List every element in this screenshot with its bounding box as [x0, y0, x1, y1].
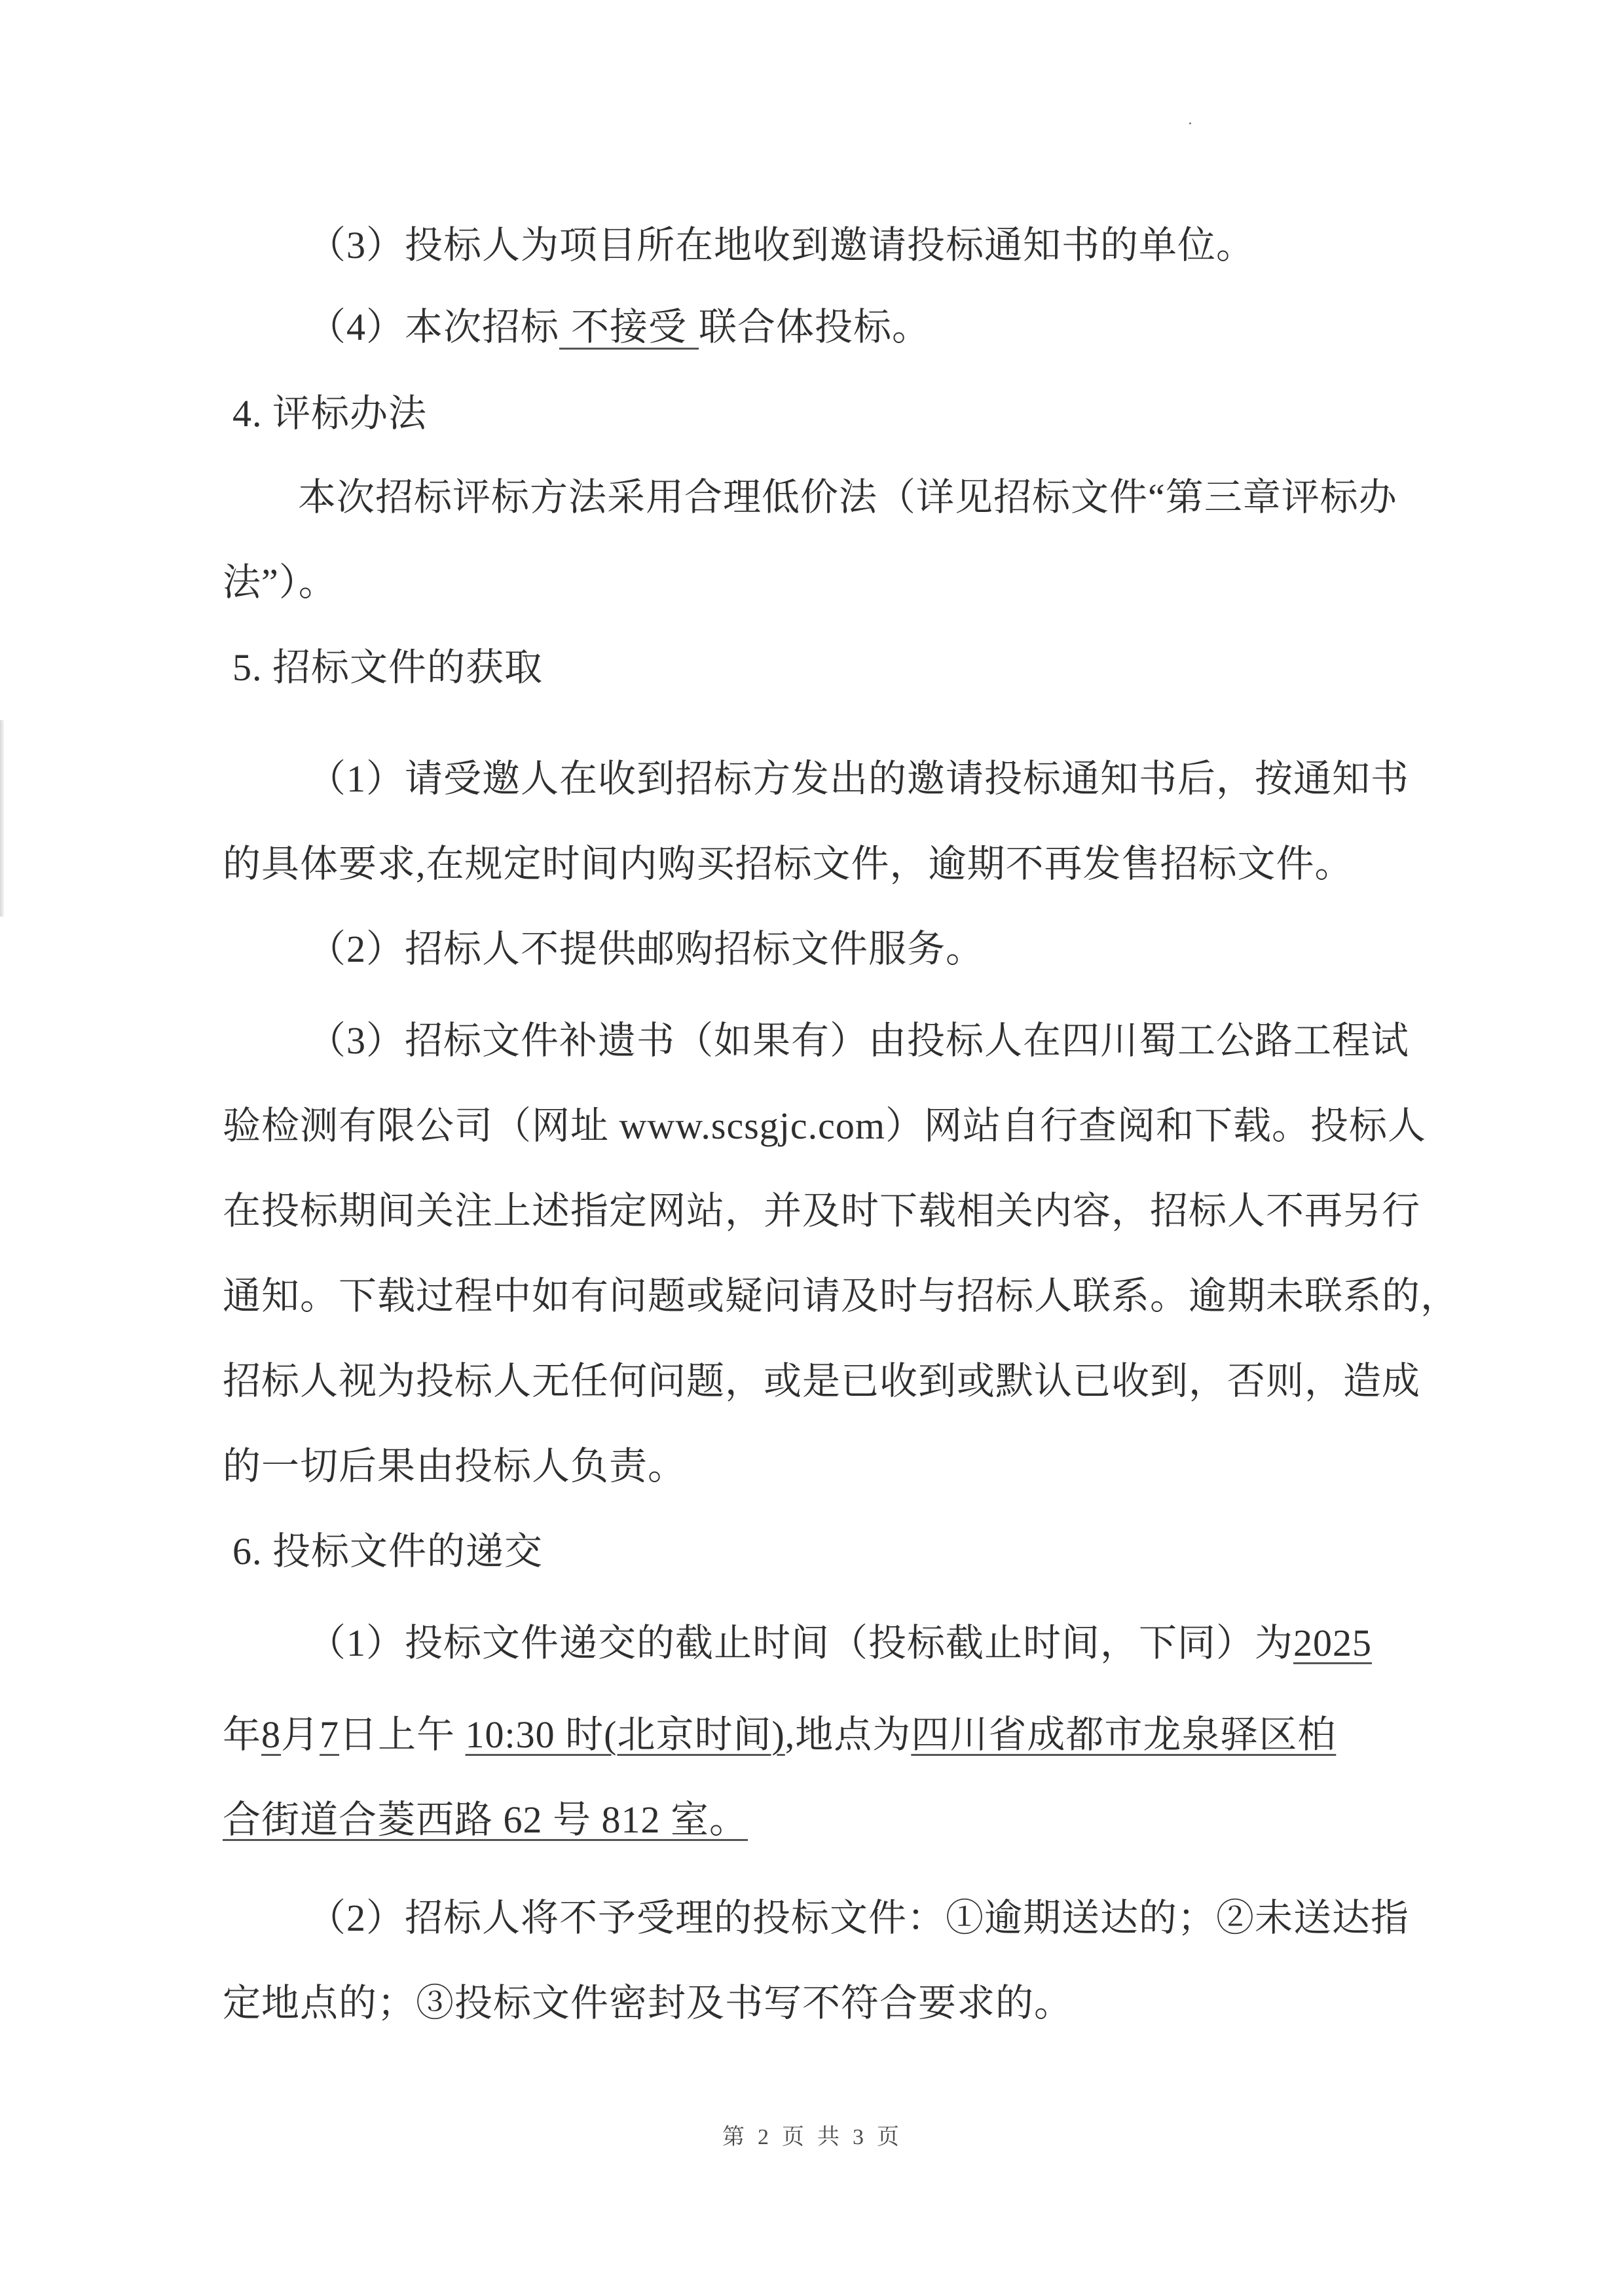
section4-heading-text: 4. 评标办法 — [232, 392, 427, 435]
page-current: 2 — [758, 2125, 771, 2149]
section4-para-line1: 本次招标评标方法采用合理低价法（详见招标文件“第三章评标办 — [298, 475, 1397, 520]
section5-item3-line5: 招标人视为投标人无任何问题，或是已收到或默认已收到，否则，造成 — [223, 1358, 1420, 1404]
page-total: 3 — [853, 2125, 866, 2149]
section5-item1-text-cont: 的具体要求,在规定时间内购买招标文件，逾期不再发售招标文件。 — [223, 843, 1354, 885]
section5-heading: 5. 招标文件的获取 — [232, 645, 543, 691]
deadline-day: 7 — [320, 1713, 339, 1756]
location-label: ,地点为 — [785, 1713, 912, 1756]
deadline-year: 2025 — [1293, 1622, 1372, 1664]
section5-item3-line1: （3）招标文件补遗书（如果有）由投标人在四川蜀工公路工程试 — [308, 1018, 1409, 1064]
page-label: 共 — [817, 2125, 842, 2149]
section5-heading-text: 5. 招标文件的获取 — [232, 646, 543, 689]
submission-location-cont: 合街道合菱西路 62 号 812 室。 — [223, 1798, 748, 1841]
section5-item1-line1: （1）请受邀人在收到招标方发出的邀请投标通知书后，按通知书 — [308, 756, 1409, 802]
section3-item3-text: （3）投标人为项目所在地收到邀请投标通知书的单位。 — [308, 224, 1255, 266]
section5-item1-text: （1）请受邀人在收到招标方发出的邀请投标通知书后，按通知书 — [308, 757, 1409, 800]
section6-item2-line2: 定地点的；③投标文件密封及书写不符合要求的。 — [223, 1980, 1073, 2026]
year-unit: 年 — [223, 1713, 261, 1756]
page-label: 页 — [782, 2125, 807, 2149]
consortium-acceptance-value: 不接受 — [559, 307, 699, 350]
page-footer: 第2页共3页 — [0, 2121, 1624, 2154]
section5-item3-text-cont: 在投标期间关注上述指定网站，并及时下载相关内容，招标人不再另行 — [223, 1190, 1420, 1232]
deadline-time: 10:30 时(北京时间) — [466, 1713, 785, 1756]
deadline-month: 8 — [261, 1713, 281, 1756]
section5-item2-text: （2）招标人不提供邮购招标文件服务。 — [308, 928, 984, 970]
section6-item2-line1: （2）招标人将不予受理的投标文件：①逾期送达的；②未送达指 — [308, 1895, 1409, 1941]
section3-item3: （3）投标人为项目所在地收到邀请投标通知书的单位。 — [308, 223, 1255, 268]
section6-item2-text-cont: 定地点的；③投标文件密封及书写不符合要求的。 — [223, 1982, 1073, 2024]
page-label: 页 — [877, 2125, 902, 2149]
evaluation-method-text-cont: 法”）。 — [223, 561, 337, 604]
section5-item3-line2: 验检测有限公司（网址 www.scsgjc.com）网站自行查阅和下载。投标人 — [223, 1103, 1426, 1149]
section5-item3-line6: 的一切后果由投标人负责。 — [223, 1444, 686, 1489]
section3-item4-prefix: （4）本次招标 — [308, 306, 559, 348]
section6-item1-line1: （1）投标文件递交的截止时间（投标截止时间，下同）为2025 — [308, 1620, 1372, 1666]
section5-item2: （2）招标人不提供邮购招标文件服务。 — [308, 926, 984, 972]
evaluation-method-text: 本次招标评标方法采用合理低价法（详见招标文件“第三章评标办 — [298, 476, 1397, 519]
section3-item4: （4）本次招标不接受联合体投标。 — [308, 304, 931, 350]
section5-item1-line2: 的具体要求,在规定时间内购买招标文件，逾期不再发售招标文件。 — [223, 841, 1354, 887]
submission-location: 四川省成都市龙泉驿区柏 — [911, 1713, 1336, 1756]
section3-item4-suffix: 联合体投标。 — [699, 306, 931, 348]
day-unit: 日上午 — [339, 1713, 455, 1756]
section5-item3-text-cont: 的一切后果由投标人负责。 — [223, 1445, 686, 1487]
page-label: 第 — [722, 2125, 747, 2149]
section5-item3-line3: 在投标期间关注上述指定网站，并及时下载相关内容，招标人不再另行 — [223, 1188, 1420, 1234]
section6-item2-text: （2）招标人将不予受理的投标文件：①逾期送达的；②未送达指 — [308, 1897, 1409, 1939]
section5-item3-line4: 通知。下载过程中如有问题或疑问请及时与招标人联系。逾期未联系的， — [223, 1273, 1459, 1319]
section6-heading: 6. 投标文件的递交 — [232, 1529, 543, 1575]
section6-item1-line2: 年8月7日上午 10:30 时(北京时间),地点为四川省成都市龙泉驿区柏 — [223, 1712, 1336, 1758]
section5-item3-text-cont: 通知。下载过程中如有问题或疑问请及时与招标人联系。逾期未联系的， — [223, 1275, 1459, 1317]
scan-speck — [1189, 122, 1191, 124]
section5-item3-website-text: 验检测有限公司（网址 www.scsgjc.com）网站自行查阅和下载。投标人 — [223, 1104, 1426, 1147]
section5-item3-text: （3）招标文件补遗书（如果有）由投标人在四川蜀工公路工程试 — [308, 1019, 1409, 1062]
section6-item1-line3: 合街道合菱西路 62 号 812 室。 — [223, 1797, 748, 1843]
section6-heading-text: 6. 投标文件的递交 — [232, 1530, 543, 1573]
scan-edge-shadow — [0, 720, 4, 917]
section4-heading: 4. 评标办法 — [232, 391, 427, 437]
section5-item3-text-cont: 招标人视为投标人无任何问题，或是已收到或默认已收到，否则，造成 — [223, 1360, 1420, 1402]
month-unit: 月 — [281, 1713, 320, 1756]
section4-para-line2: 法”）。 — [223, 560, 337, 606]
deadline-prefix-text: （1）投标文件递交的截止时间（投标截止时间，下同）为 — [308, 1622, 1293, 1664]
